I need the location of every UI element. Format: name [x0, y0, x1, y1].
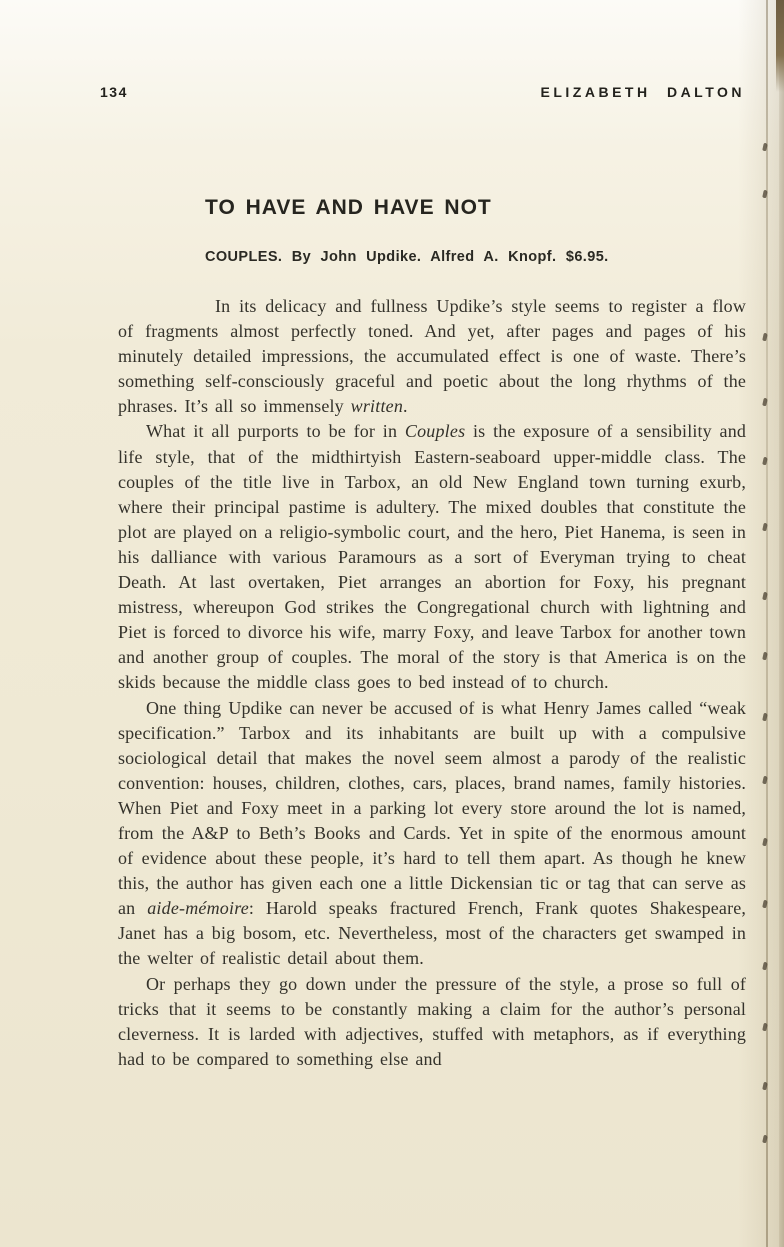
text-segment: is the exposure of a sensibility and lif… — [118, 421, 746, 692]
binding-shadow-corner — [776, 0, 784, 92]
page-number: 134 — [100, 84, 128, 100]
scanned-book-page: 134 ELIZABETH DALTON TO HAVE AND HAVE NO… — [0, 0, 784, 1247]
page-edge-line — [779, 0, 784, 1247]
text-segment: One thing Updike can never be accused of… — [118, 698, 746, 919]
review-title: TO HAVE AND HAVE NOT — [205, 196, 492, 220]
italic-text: Couples — [405, 421, 465, 441]
text-segment: . — [403, 396, 408, 416]
review-body-text: In its delicacy and fullness Updike’s st… — [118, 294, 746, 1072]
paragraph: In its delicacy and fullness Updike’s st… — [118, 294, 746, 419]
running-header: 134 ELIZABETH DALTON — [100, 84, 745, 100]
text-segment: In its delicacy and fullness Updike’s st… — [118, 296, 746, 416]
paragraph: What it all purports to be for in Couple… — [118, 419, 746, 695]
italic-text: aide-mémoire — [147, 898, 249, 918]
text-segment: What it all purports to be for in — [146, 421, 405, 441]
paragraph: One thing Updike can never be accused of… — [118, 696, 746, 972]
page-edge-crease — [766, 0, 768, 1247]
book-citation: COUPLES. By John Updike. Alfred A. Knopf… — [205, 249, 609, 265]
running-author-name: ELIZABETH DALTON — [541, 84, 745, 100]
paragraph: Or perhaps they go down under the pressu… — [118, 972, 746, 1072]
italic-text: written — [351, 396, 403, 416]
text-segment: Or perhaps they go down under the pressu… — [118, 974, 746, 1069]
